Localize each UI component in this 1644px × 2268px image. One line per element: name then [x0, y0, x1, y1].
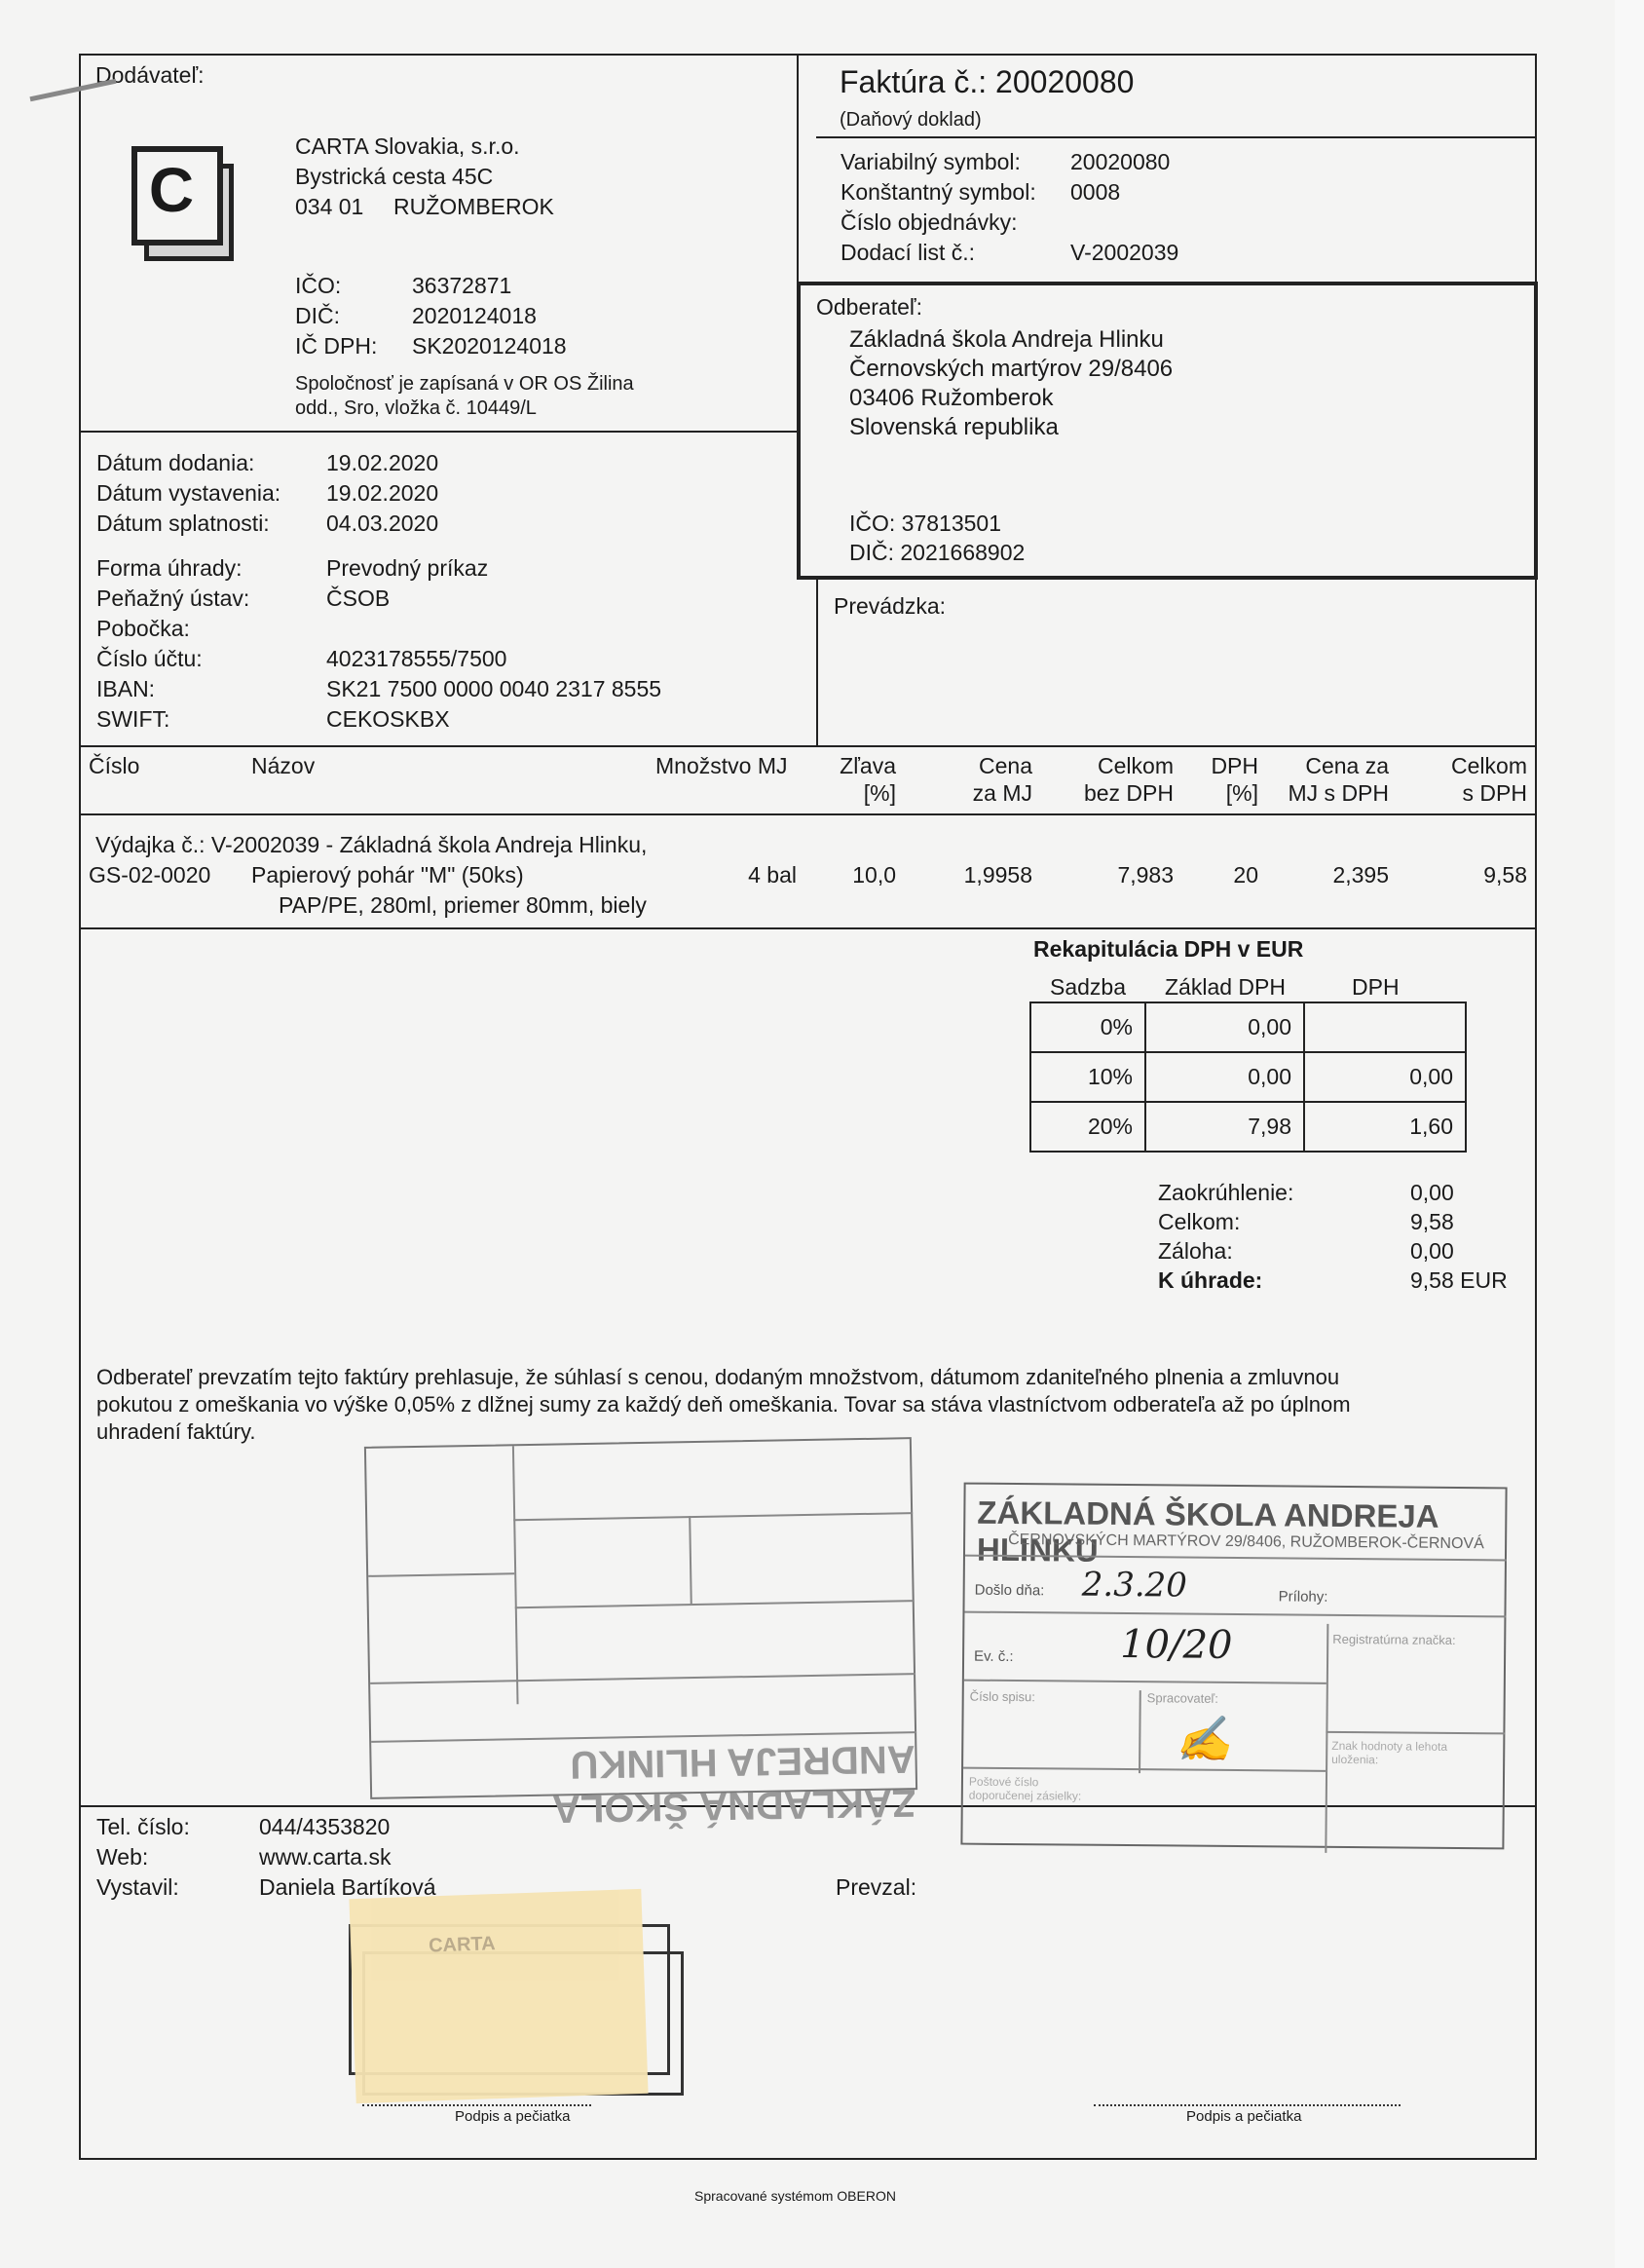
- vat-row: 20% 7,98 1,60: [1030, 1102, 1466, 1152]
- logo-letter: C: [131, 146, 211, 234]
- col-name: Názov: [251, 751, 315, 781]
- divider: [79, 927, 1537, 929]
- buyer-street: Černovských martýrov 29/8406: [849, 354, 1173, 384]
- buyer-ico: IČO: 37813501: [849, 509, 1001, 539]
- vat-rate: 20%: [1030, 1102, 1145, 1152]
- vat-amount: [1304, 1002, 1466, 1052]
- supplier-icdph-label: IČ DPH:: [295, 331, 377, 361]
- received-label: Došlo dňa:: [975, 1582, 1045, 1600]
- processor-signature: ✍: [1176, 1712, 1232, 1765]
- item-vat: 20: [1188, 860, 1258, 890]
- col-total-net-2: bez DPH: [1062, 778, 1174, 809]
- issue-date-label: Dátum vystavenia:: [96, 478, 280, 509]
- carta-logo: C: [131, 146, 239, 258]
- invoice-subtitle: (Daňový doklad): [840, 107, 982, 132]
- signature-label-right: Podpis a pečiatka: [1186, 2104, 1301, 2130]
- supplier-zip: 034 01: [295, 192, 363, 222]
- item-number: GS-02-0020: [89, 860, 210, 890]
- vat-rate: 0%: [1030, 1002, 1145, 1052]
- col-discount: Zľava: [799, 751, 896, 781]
- premises-label: Prevádzka:: [834, 591, 946, 622]
- col-discount-unit: [%]: [799, 778, 896, 809]
- vat-row: 10% 0,00 0,00: [1030, 1052, 1466, 1102]
- buyer-dic: DIČ: 2021668902: [849, 538, 1025, 568]
- supplier-dic: 2020124018: [412, 301, 537, 331]
- col-vat-2: [%]: [1188, 778, 1258, 809]
- delivery-note-label: Dodací list č.:: [841, 238, 975, 268]
- col-unit-gross: Cena za: [1266, 751, 1389, 781]
- file-no-label: Číslo spisu:: [970, 1689, 1035, 1705]
- item-total-net: 7,983: [1062, 860, 1174, 890]
- mirrored-stamp: ZÁKLADNÁ ŠKOLA ANDREJA HLINKU: [364, 1437, 917, 1799]
- buyer-name: Základná škola Andreja Hlinku: [849, 324, 1164, 355]
- buyer-country: Slovenská republika: [849, 412, 1059, 442]
- iban-label: IBAN:: [96, 674, 155, 704]
- constant-symbol: 0008: [1070, 177, 1120, 208]
- item-unit-price: 1,9958: [935, 860, 1032, 890]
- due-date-label: Dátum splatnosti:: [96, 509, 270, 539]
- account-number: 4023178555/7500: [326, 644, 506, 674]
- total-label: Celkom:: [1158, 1207, 1240, 1237]
- item-description: PAP/PE, 280ml, priemer 80mm, biely: [279, 890, 647, 921]
- reg-mark-label: Registratúrna značka:: [1332, 1632, 1456, 1647]
- postal-label: Poštové číslo doporučenej zásielky:: [969, 1775, 1086, 1803]
- vat-base: 0,00: [1145, 1052, 1304, 1102]
- supplier-icdph: SK2020124018: [412, 331, 567, 361]
- swift-label: SWIFT:: [96, 704, 169, 735]
- vat-amount: 1,60: [1304, 1102, 1466, 1152]
- col-total-gross-2: s DPH: [1412, 778, 1527, 809]
- issued-by-label: Vystavil:: [96, 1872, 179, 1903]
- bank-label: Peňažný ústav:: [96, 584, 249, 614]
- order-number-label: Číslo objednávky:: [841, 208, 1018, 238]
- vat-col-rate: Sadzba: [1050, 972, 1126, 1002]
- rounding: 0,00: [1410, 1178, 1454, 1208]
- divider: [79, 813, 1537, 815]
- terms-line: pokutou z omeškania vo výške 0,05% z dlž…: [96, 1389, 1351, 1419]
- terms-line: Odberateľ prevzatím tejto faktúry prehla…: [96, 1362, 1339, 1392]
- reg-no-label: Ev. č.:: [974, 1648, 1014, 1665]
- terms-line: uhradení faktúry.: [96, 1417, 255, 1447]
- sticky-note: CARTA: [349, 1889, 648, 2103]
- value-label: Znak hodnoty a lehota uloženia:: [1331, 1739, 1497, 1767]
- variable-symbol-label: Variabilný symbol:: [841, 147, 1021, 177]
- vat-rate: 10%: [1030, 1052, 1145, 1102]
- vat-col-base: Základ DPH: [1165, 972, 1286, 1002]
- col-total-gross: Celkom: [1412, 751, 1527, 781]
- phone-label: Tel. číslo:: [96, 1812, 190, 1842]
- phone: 044/4353820: [259, 1812, 390, 1842]
- divider: [797, 54, 799, 283]
- vat-summary-table: 0% 0,00 10% 0,00 0,00 20% 7,98 1,60: [1029, 1002, 1467, 1153]
- supplier-label: Dodávateľ:: [95, 60, 205, 91]
- swift: CEKOSKBX: [326, 704, 450, 735]
- item-total-gross: 9,58: [1412, 860, 1527, 890]
- amount-due: 9,58 EUR: [1410, 1266, 1508, 1296]
- receipt-stamp: ZÁKLADNÁ ŠKOLA ANDREJA HLINKU ČERNOVSKÝC…: [960, 1483, 1507, 1850]
- payment-method: Prevodný príkaz: [326, 553, 488, 584]
- supplier-registry: Spoločnosť je zapísaná v OR OS Žilina: [295, 371, 634, 397]
- attachments-label: Prílohy:: [1279, 1588, 1328, 1605]
- item-discount: 10,0: [799, 860, 896, 890]
- payment-method-label: Forma úhrady:: [96, 553, 243, 584]
- total: 9,58: [1410, 1207, 1454, 1237]
- reg-no: 10/20: [1120, 1622, 1233, 1668]
- divider: [79, 745, 1537, 747]
- bank: ČSOB: [326, 584, 390, 614]
- divider: [816, 136, 1537, 138]
- divider: [816, 580, 818, 747]
- amount-due-label: K úhrade:: [1158, 1266, 1262, 1296]
- col-unit-gross-2: MJ s DPH: [1266, 778, 1389, 809]
- deposit: 0,00: [1410, 1236, 1454, 1266]
- col-unit-price: Cena: [935, 751, 1032, 781]
- due-date: 04.03.2020: [326, 509, 438, 539]
- vat-row: 0% 0,00: [1030, 1002, 1466, 1052]
- processor-label: Spracovateľ:: [1147, 1690, 1218, 1706]
- buyer-label: Odberateľ:: [816, 292, 922, 322]
- vat-amount: 0,00: [1304, 1052, 1466, 1102]
- vat-base: 7,98: [1145, 1102, 1304, 1152]
- received-date: 2.3.20: [1082, 1566, 1188, 1606]
- col-qty: Množstvo MJ: [655, 751, 787, 781]
- account-label: Číslo účtu:: [96, 644, 203, 674]
- supplier-street: Bystrická cesta 45C: [295, 162, 493, 192]
- signature-label-left: Podpis a pečiatka: [455, 2104, 570, 2130]
- item-unit-gross: 2,395: [1266, 860, 1389, 890]
- variable-symbol: 20020080: [1070, 147, 1170, 177]
- supplier-dic-label: DIČ:: [295, 301, 340, 331]
- group-title: Výdajka č.: V-2002039 - Základná škola A…: [95, 830, 647, 860]
- web-link[interactable]: www.carta.sk: [259, 1842, 391, 1872]
- vat-base: 0,00: [1145, 1002, 1304, 1052]
- divider: [79, 431, 798, 433]
- supplier-registry-2: odd., Sro, vložka č. 10449/L: [295, 396, 537, 421]
- issue-date: 19.02.2020: [326, 478, 438, 509]
- delivery-date: 19.02.2020: [326, 448, 438, 478]
- supplier-ico-label: IČO:: [295, 271, 341, 301]
- delivery-note: V-2002039: [1070, 238, 1178, 268]
- received-by-label: Prevzal:: [836, 1872, 916, 1903]
- page-edge: [1615, 0, 1644, 2268]
- web-label: Web:: [96, 1842, 148, 1872]
- vat-col-vat: DPH: [1352, 972, 1400, 1002]
- invoice-title: Faktúra č.: 20020080: [840, 62, 1134, 101]
- branch-label: Pobočka:: [96, 614, 190, 644]
- supplier-stamp-brand: CARTA: [429, 1933, 496, 1957]
- vat-summary-title: Rekapitulácia DPH v EUR: [1033, 934, 1303, 964]
- col-total-net: Celkom: [1062, 751, 1174, 781]
- mirrored-stamp-title: ZÁKLADNÁ ŠKOLA ANDREJA HLINKU: [391, 1736, 915, 1833]
- iban: SK21 7500 0000 0040 2317 8555: [326, 674, 661, 704]
- buyer-city: 03406 Ružomberok: [849, 383, 1053, 413]
- delivery-date-label: Dátum dodania:: [96, 448, 254, 478]
- system-note: Spracované systémom OBERON: [694, 2188, 896, 2204]
- constant-symbol-label: Konštantný symbol:: [841, 177, 1036, 208]
- item-name: Papierový pohár "M" (50ks): [251, 860, 524, 890]
- deposit-label: Záloha:: [1158, 1236, 1233, 1266]
- rounding-label: Zaokrúhlenie:: [1158, 1178, 1293, 1208]
- item-qty: 4 bal: [682, 860, 797, 890]
- supplier-ico: 36372871: [412, 271, 511, 301]
- supplier-city: RUŽOMBEROK: [393, 192, 554, 222]
- col-number: Číslo: [89, 751, 139, 781]
- supplier-name: CARTA Slovakia, s.r.o.: [295, 132, 520, 162]
- col-unit-price-2: za MJ: [935, 778, 1032, 809]
- col-vat: DPH: [1188, 751, 1258, 781]
